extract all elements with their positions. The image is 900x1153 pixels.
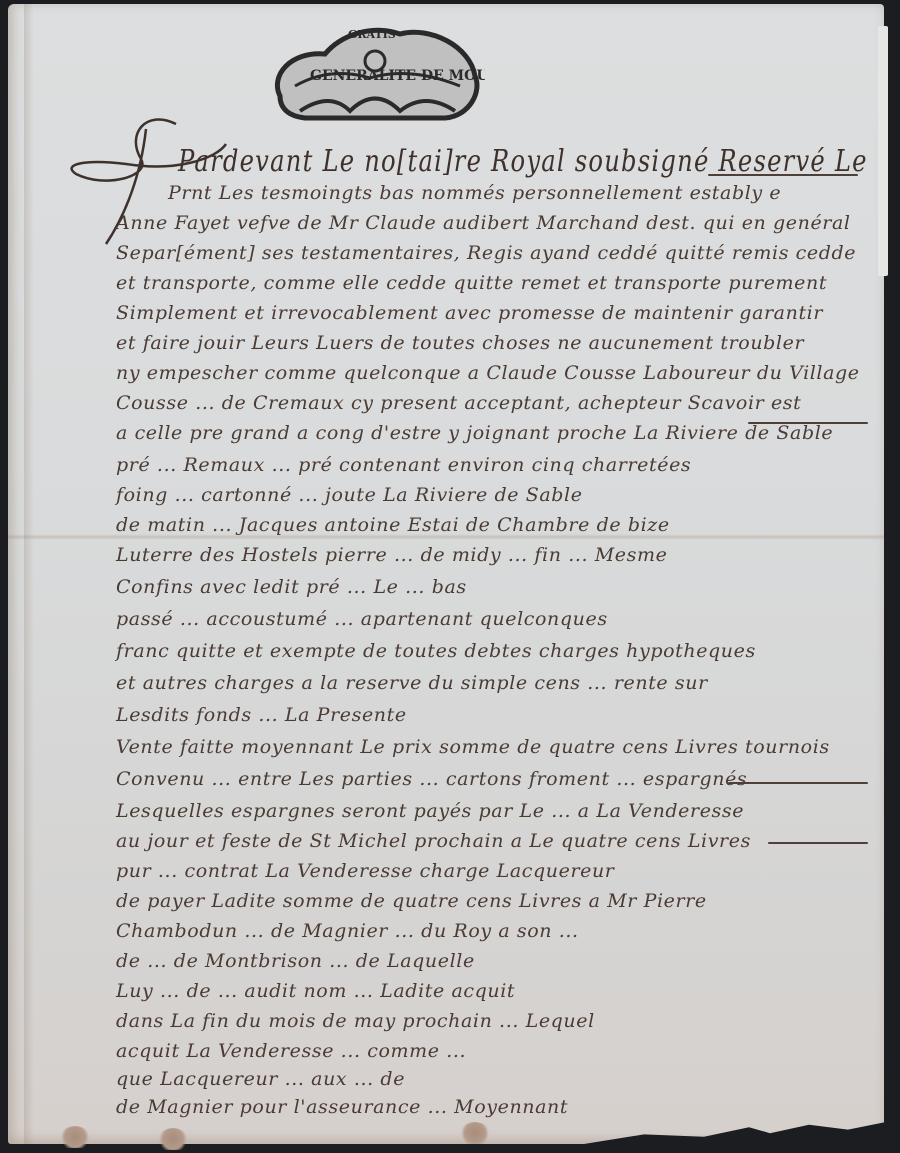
text-line: Luterre des Hostels pierre ... de midy .… bbox=[116, 544, 667, 566]
text-line: Separ[ément] ses testamentaires, Regis a… bbox=[116, 242, 856, 264]
text-line: que Lacquereur ... aux ... de bbox=[116, 1068, 405, 1090]
text-line: Chambodun ... de Magnier ... du Roy a so… bbox=[116, 920, 579, 942]
text-line: Simplement et irrevocablement avec prome… bbox=[116, 302, 823, 324]
ink-stain bbox=[460, 1122, 490, 1144]
text-line: de Magnier pour l'asseurance ... Moyenna… bbox=[116, 1096, 568, 1118]
line-filler-rule bbox=[748, 422, 868, 424]
line-filler-rule bbox=[768, 842, 868, 844]
ink-stain bbox=[60, 1126, 90, 1148]
text-line: Prnt Les tesmoingts bas nommés personnel… bbox=[168, 182, 781, 204]
text-line: et transporte, comme elle cedde quitte r… bbox=[116, 272, 827, 294]
text-line: pur ... contrat La Venderesse charge Lac… bbox=[116, 860, 615, 882]
line-filler-rule bbox=[728, 782, 868, 784]
text-line: Confins avec ledit pré ... Le ... bas bbox=[116, 576, 467, 598]
text-line: passé ... accoustumé ... apartenant quel… bbox=[116, 608, 608, 630]
text-line: franc quitte et exempte de toutes debtes… bbox=[116, 640, 756, 662]
document-page: GENERALITE DE MOULINS (partially legible… bbox=[8, 4, 884, 1144]
text-line: de payer Ladite somme de quatre cens Liv… bbox=[116, 890, 707, 912]
text-line: Convenu ... entre Les parties ... carton… bbox=[116, 768, 747, 790]
text-line: de matin ... Jacques antoine Estai de Ch… bbox=[116, 514, 670, 536]
text-line: dans La fin du mois de may prochain ... … bbox=[116, 1010, 595, 1032]
line-filler-rule bbox=[708, 174, 858, 176]
text-line: foing ... cartonné ... joute La Riviere … bbox=[116, 484, 583, 506]
text-line: et autres charges a la reserve du simple… bbox=[116, 672, 708, 694]
text-line: Luy ... de ... audit nom ... Ladite acqu… bbox=[116, 980, 515, 1002]
text-line: Vente faitte moyennant Le prix somme de … bbox=[116, 736, 830, 758]
text-line: Lesquelles espargnes seront payés par Le… bbox=[116, 800, 744, 822]
text-line: et faire jouir Leurs Luers de toutes cho… bbox=[116, 332, 804, 354]
text-line: au jour et feste de St Michel prochain a… bbox=[116, 830, 751, 852]
text-line: ny empescher comme quelconque a Claude C… bbox=[116, 362, 860, 384]
text-line: Cousse ... de Cremaux cy present accepta… bbox=[116, 392, 801, 414]
text-line: acquit La Venderesse ... comme ... bbox=[116, 1040, 466, 1062]
text-line: Anne Fayet vefve de Mr Claude audibert M… bbox=[116, 212, 851, 234]
ink-stain bbox=[158, 1128, 188, 1150]
text-line: de ... de Montbrison ... de Laquelle bbox=[116, 950, 475, 972]
text-line: Lesdits fonds ... La Presente bbox=[116, 704, 407, 726]
text-line: a celle pre grand a cong d'estre y joign… bbox=[116, 422, 833, 444]
text-line: pré ... Remaux ... pré contenant environ… bbox=[116, 454, 691, 476]
